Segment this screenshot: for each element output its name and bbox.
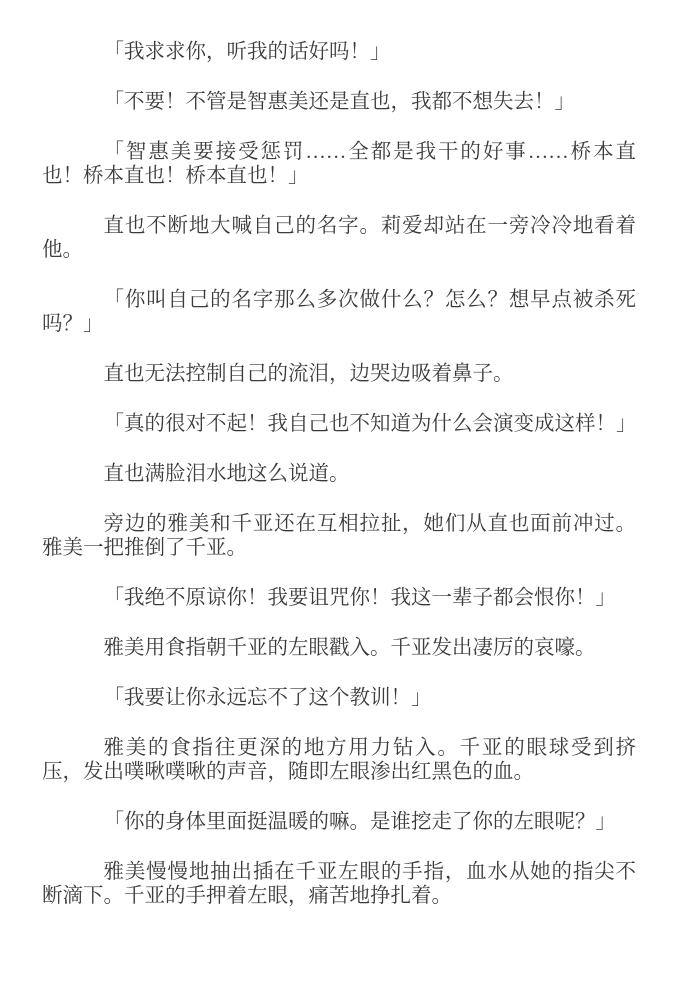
paragraph-13: 雅美的食指往更深的地方用力钻入。千亚的眼球受到挤压，发出噗啾噗啾的声音，随即左眼… [42, 736, 636, 784]
paragraph-15: 雅美慢慢地抽出插在千亚左眼的手指，血水从她的指尖不断滴下。千亚的手押着左眼，痛苦… [42, 860, 636, 908]
paragraph-2: 「不要！不管是智惠美还是直也，我都不想失去！」 [42, 90, 636, 114]
document-page: 「我求求你，听我的话好吗！」 「不要！不管是智惠美还是直也，我都不想失去！」 「… [0, 0, 700, 992]
paragraph-1: 「我求求你，听我的话好吗！」 [42, 40, 636, 64]
paragraph-10: 「我绝不原谅你！我要诅咒你！我这一辈子都会恨你！」 [42, 586, 636, 610]
paragraph-7: 「真的很对不起！我自己也不知道为什么会演变成这样！」 [42, 412, 636, 436]
paragraph-9: 旁边的雅美和千亚还在互相拉扯，她们从直也面前冲过。雅美一把推倒了千亚。 [42, 512, 636, 560]
paragraph-14: 「你的身体里面挺温暖的嘛。是谁挖走了你的左眼呢？」 [42, 810, 636, 834]
paragraph-8: 直也满脸泪水地这么说道。 [42, 462, 636, 486]
paragraph-6: 直也无法控制自己的流泪，边哭边吸着鼻子。 [42, 362, 636, 386]
paragraph-3: 「智惠美要接受惩罚……全都是我干的好事……桥本直也！桥本直也！桥本直也！」 [42, 140, 636, 188]
paragraph-12: 「我要让你永远忘不了这个教训！」 [42, 686, 636, 710]
paragraph-5: 「你叫自己的名字那么多次做什么？怎么？想早点被杀死吗？」 [42, 288, 636, 336]
paragraph-4: 直也不断地大喊自己的名字。莉爱却站在一旁冷冷地看着他。 [42, 214, 636, 262]
paragraph-11: 雅美用食指朝千亚的左眼戳入。千亚发出凄厉的哀嚎。 [42, 636, 636, 660]
